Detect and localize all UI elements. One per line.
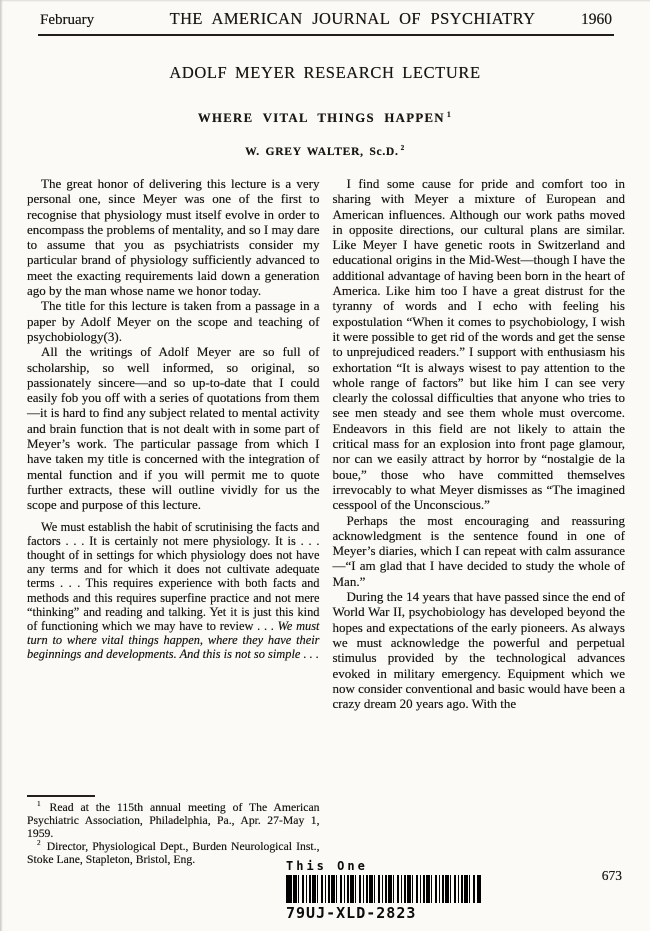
footnote-2-number: 2 [37,839,41,847]
author-footnote-marker: 2 [401,144,405,152]
paragraph: The title for this lecture is taken from… [27,298,320,344]
header-year: 1960 [560,11,612,29]
footnote-1-text: Read at the 115th annual meeting of The … [27,801,320,840]
paragraph: All the writings of Adolf Meyer are so f… [27,344,320,512]
footnote-separator-rule [27,795,95,797]
right-column: I find some cause for pride and comfort … [333,176,626,866]
header-rule [38,34,614,36]
paragraph: Perhaps the most encouraging and reassur… [333,513,626,589]
article-title-footnote-marker: 1 [447,110,452,119]
article-body: The great honor of delivering this lectu… [27,176,625,866]
article-title: WHERE VITAL THINGS HAPPEN1 [0,111,650,126]
paragraph: The great honor of delivering this lectu… [27,176,320,298]
library-barcode-block: This One 79UJ-XLD-2823 [286,859,481,922]
block-quote-roman: We must establish the habit of scrutinis… [27,520,320,633]
block-quote: We must establish the habit of scrutinis… [27,520,320,662]
footnote-1-number: 1 [37,800,41,808]
left-column: The great honor of delivering this lectu… [27,176,320,866]
footnote-1: 1 Read at the 115th annual meeting of Th… [27,801,320,840]
running-head: February THE AMERICAN JOURNAL OF PSYCHIA… [40,9,612,29]
lecture-series-title: ADOLF MEYER RESEARCH LECTURE [0,63,650,83]
paragraph: During the 14 years that have passed sin… [333,589,626,711]
journal-page-scan: February THE AMERICAN JOURNAL OF PSYCHIA… [0,0,650,931]
author-byline: W. GREY WALTER, Sc.D.2 [0,145,650,158]
barcode-icon [286,875,481,903]
barcode-caption: This One [286,859,481,873]
page-number: 673 [602,868,622,884]
footnote-group: 1 Read at the 115th annual meeting of Th… [27,785,320,866]
author-name: W. GREY WALTER, Sc.D. [245,145,399,158]
article-title-text: WHERE VITAL THINGS HAPPEN [198,111,445,125]
footnote-2: 2 Director, Physiological Dept., Burden … [27,840,320,866]
barcode-number: 79UJ-XLD-2823 [286,904,481,922]
footnote-2-text: Director, Physiological Dept., Burden Ne… [27,840,320,866]
paragraph: I find some cause for pride and comfort … [333,176,626,513]
header-journal-title: THE AMERICAN JOURNAL OF PSYCHIATRY [145,9,560,29]
header-month: February [40,12,145,29]
